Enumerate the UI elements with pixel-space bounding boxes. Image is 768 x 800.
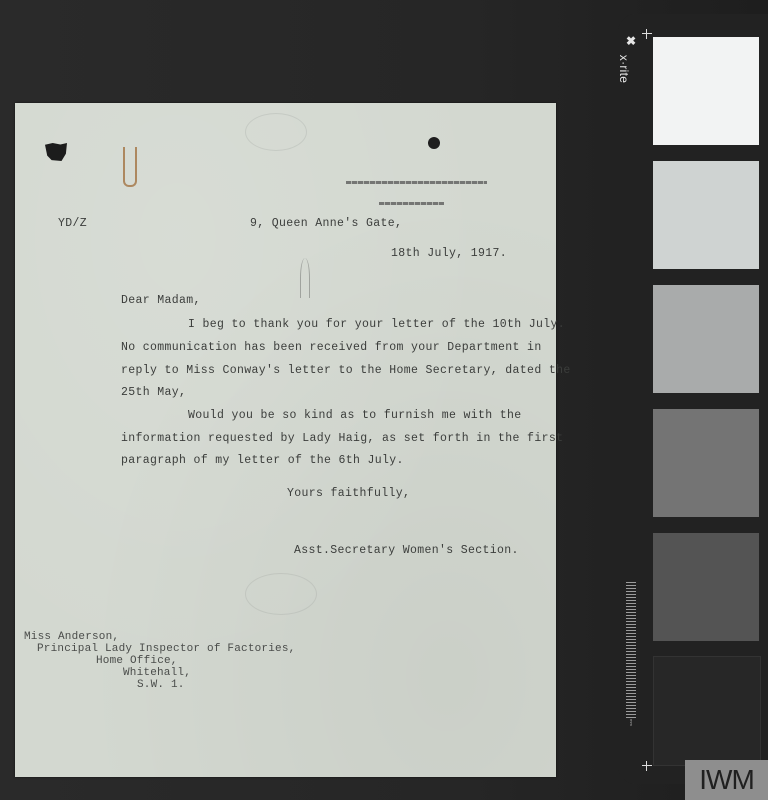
faded-stamp [245,573,317,615]
body-line: No communication has been received from … [121,342,542,354]
punch-hole [428,137,440,149]
recipient-office: Home Office, [96,655,178,667]
xrite-logo: ✖ x·rite [622,32,642,92]
body-line: I beg to thank you for your letter of th… [188,319,565,331]
body-line: paragraph of my letter of the 6th July. [121,455,404,467]
xrite-brand-text: x·rite [617,55,631,83]
gray-patch-3 [653,285,759,393]
faded-stamp [245,113,307,151]
recipient-title: Principal Lady Inspector of Factories, [37,643,295,655]
header-rule-short [379,202,444,205]
crosshair-icon [642,761,652,771]
header-rule [346,181,487,184]
ruler-unit-label: mm [629,719,634,726]
iwm-watermark: IWM [685,760,768,800]
reference-code: YD/Z [58,218,87,230]
recipient-name: Miss Anderson, [24,631,119,643]
closing: Yours faithfully, [287,488,410,500]
gray-patch-1 [653,37,759,145]
gray-patch-2 [653,161,759,269]
torn-corner-mark [45,143,67,161]
signature-title: Asst.Secretary Women's Section. [294,545,519,557]
crosshair-icon [642,29,652,39]
staple-rust-mark [123,147,137,187]
body-line: information requested by Lady Haig, as s… [121,433,563,445]
body-line: reply to Miss Conway's letter to the Hom… [121,365,571,377]
body-line: 25th May, [121,387,186,399]
gray-patch-6 [653,656,761,766]
sender-address: 9, Queen Anne's Gate, [250,218,402,230]
recipient-street: Whitehall, [123,667,191,679]
recipient-postcode: S.W. 1. [137,679,185,691]
letter-document: YD/Z 9, Queen Anne's Gate, 18th July, 19… [15,103,556,777]
letter-date: 18th July, 1917. [391,248,507,260]
gray-patch-5 [653,533,759,641]
salutation: Dear Madam, [121,295,201,307]
pencil-annotation [300,258,310,298]
body-line: Would you be so kind as to furnish me wi… [188,410,522,422]
scale-ruler [626,582,636,718]
xrite-logo-icon: ✖ [626,34,636,48]
gray-patch-4 [653,409,759,517]
